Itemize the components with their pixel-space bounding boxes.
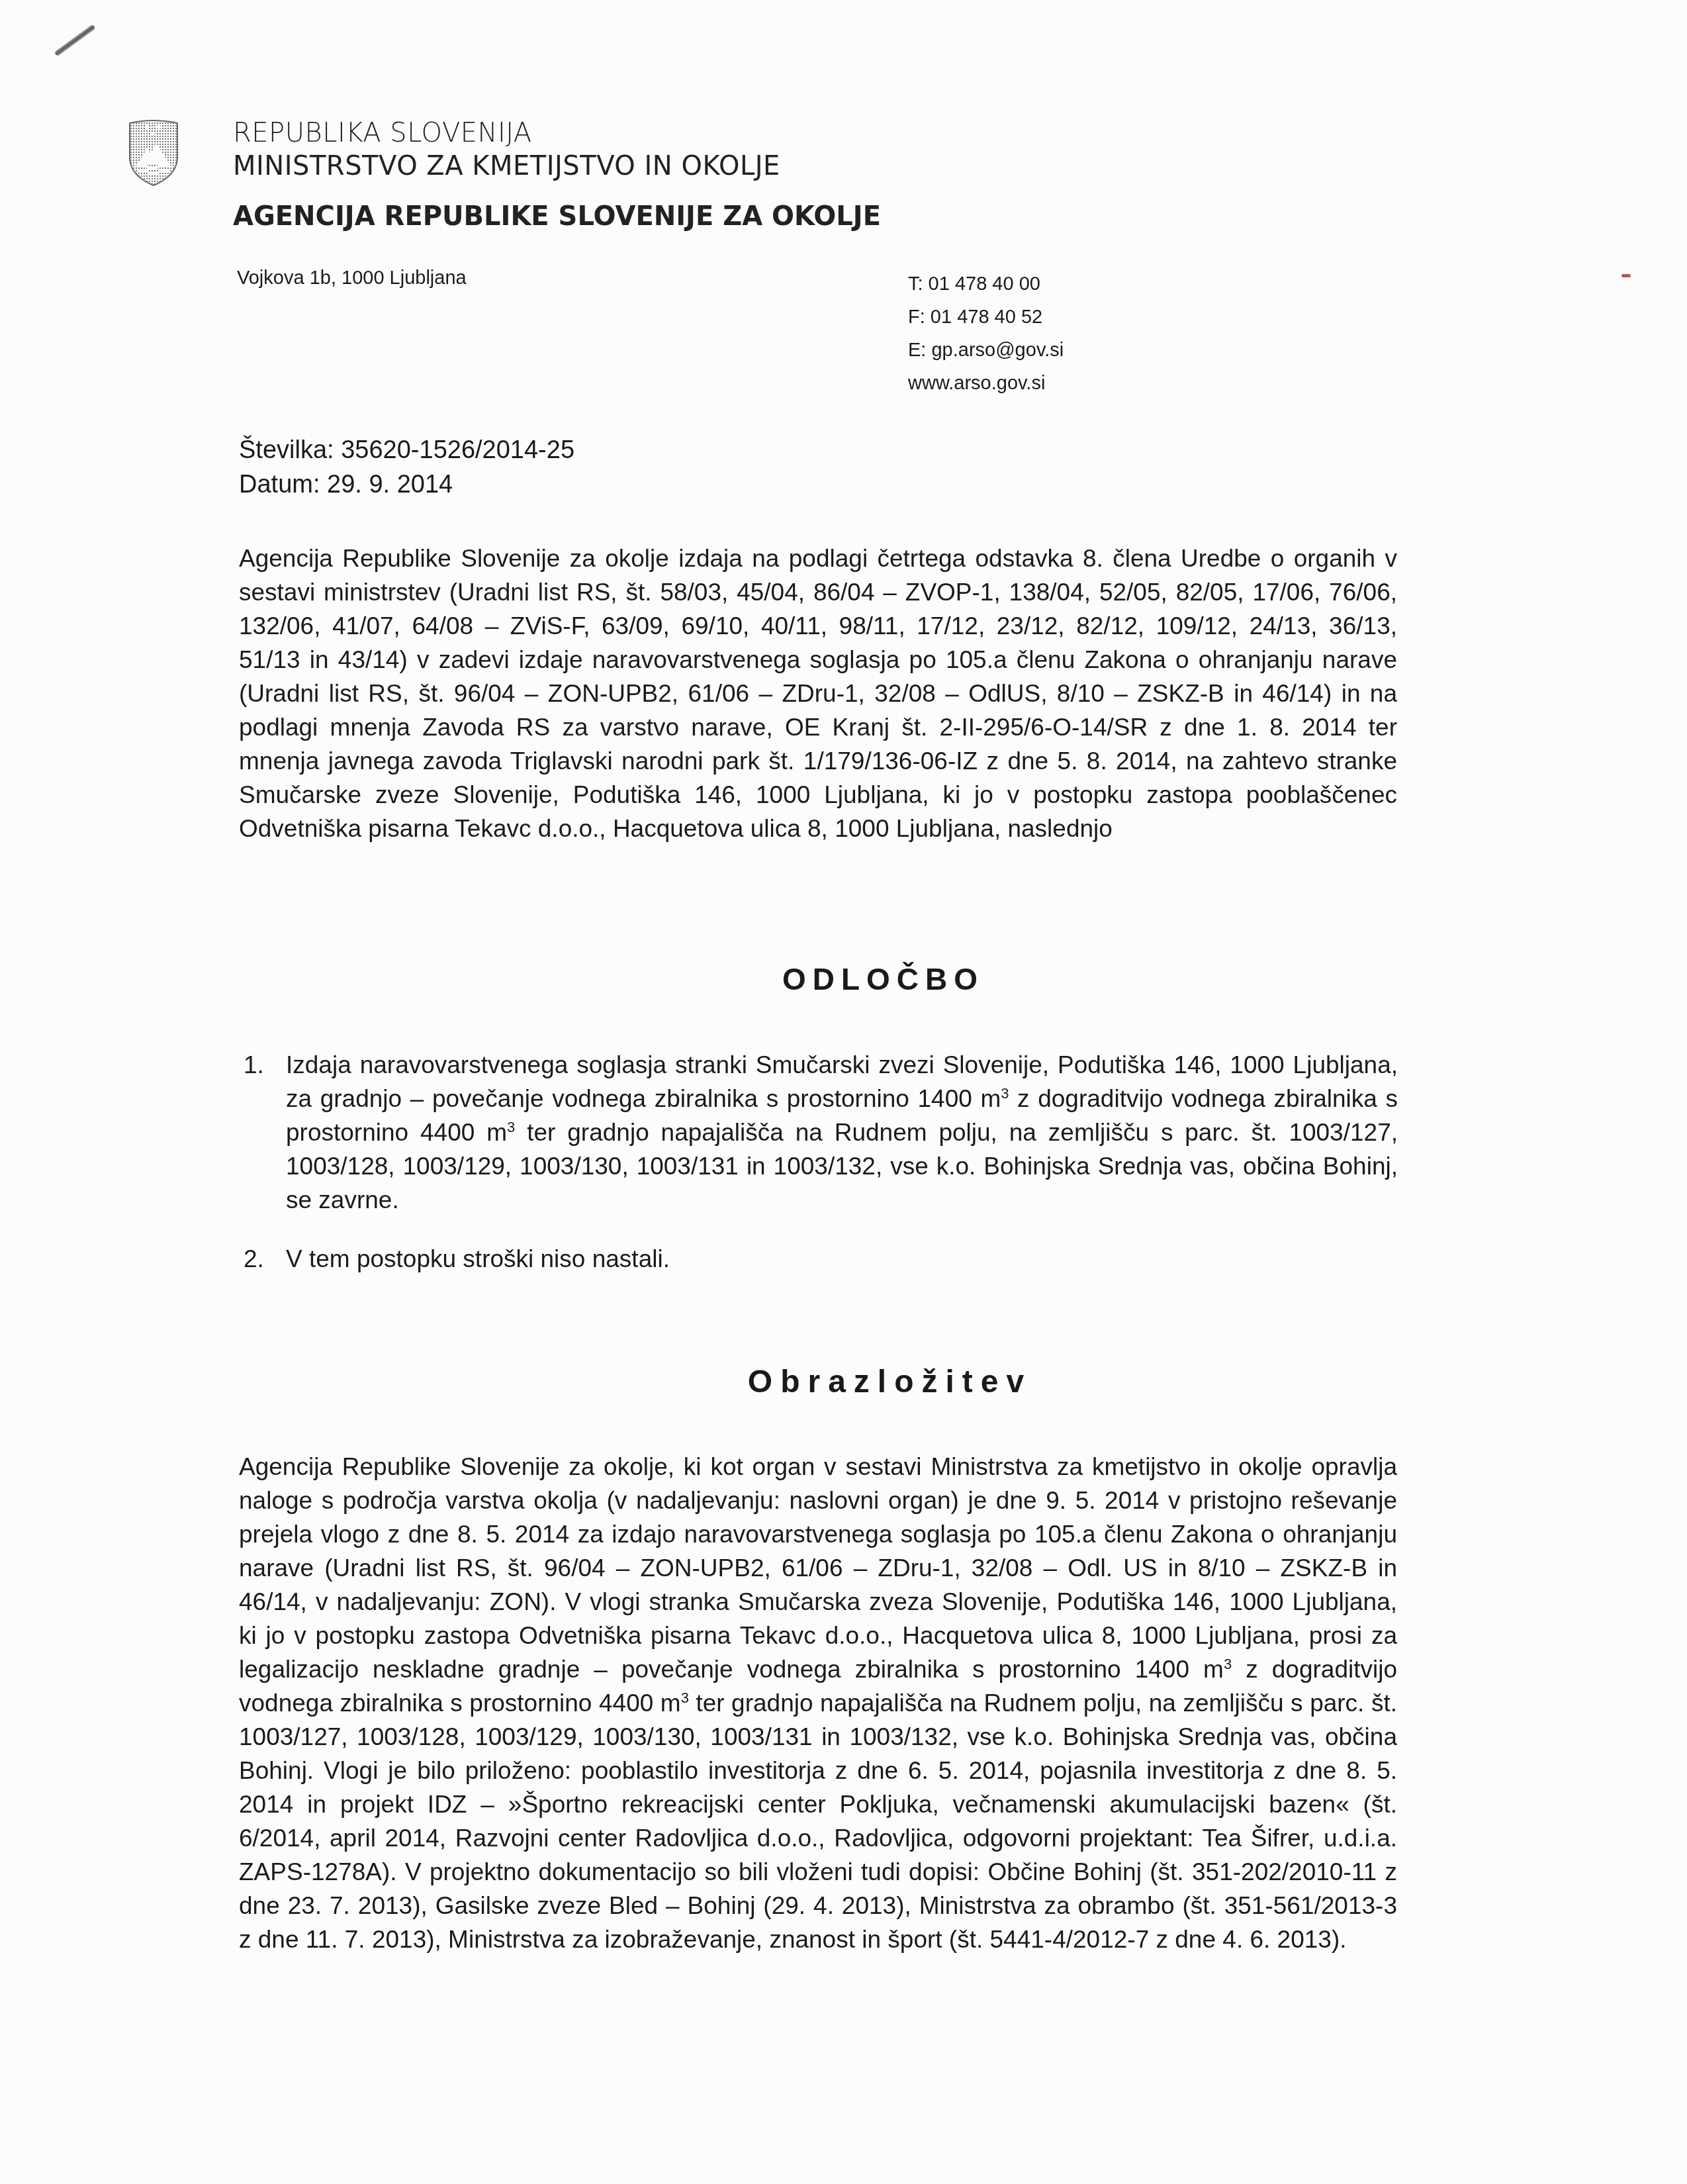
letterhead-republic: REPUBLIKA SLOVENIJA [233, 118, 532, 148]
contact-email: E: gp.arso@gov.si [908, 334, 1064, 367]
item-text: Izdaja naravovarstvenega soglasja strank… [286, 1048, 1398, 1217]
item-text: V tem postopku stroški niso nastali. [286, 1242, 1398, 1276]
intro-paragraph: Agencija Republike Slovenije za okolje i… [239, 542, 1397, 845]
decision-title: ODLOČBO [0, 961, 1687, 997]
reasoning-title: Obrazložitev [0, 1364, 1687, 1400]
letterhead-agency: AGENCIJA REPUBLIKE SLOVENIJE ZA OKOLJE [233, 201, 881, 232]
contact-block: T: 01 478 40 00 F: 01 478 40 52 E: gp.ar… [908, 267, 1064, 400]
decision-item: 1. Izdaja naravovarstvenega soglasja str… [244, 1048, 1398, 1217]
agency-address: Vojkova 1b, 1000 Ljubljana [237, 267, 467, 289]
reasoning-paragraph: Agencija Republike Slovenije za okolje, … [239, 1450, 1397, 1956]
contact-phone: T: 01 478 40 00 [908, 267, 1064, 301]
item-number: 1. [244, 1048, 286, 1217]
item-number: 2. [244, 1242, 286, 1276]
letterhead-ministry: MINISTRSTVO ZA KMETIJSTVO IN OKOLJE [233, 151, 780, 181]
document-number: Številka: 35620-1526/2014-25 [239, 433, 574, 467]
staple-mark [54, 24, 96, 56]
decision-items: 1. Izdaja naravovarstvenega soglasja str… [244, 1048, 1398, 1301]
contact-website: www.arso.gov.si [908, 367, 1064, 400]
contact-fax: F: 01 478 40 52 [908, 301, 1064, 334]
coat-of-arms-icon [127, 119, 180, 187]
document-date: Datum: 29. 9. 2014 [239, 467, 574, 502]
document-meta: Številka: 35620-1526/2014-25 Datum: 29. … [239, 433, 574, 502]
decision-item: 2. V tem postopku stroški niso nastali. [244, 1242, 1398, 1276]
scan-speck [1621, 274, 1631, 277]
